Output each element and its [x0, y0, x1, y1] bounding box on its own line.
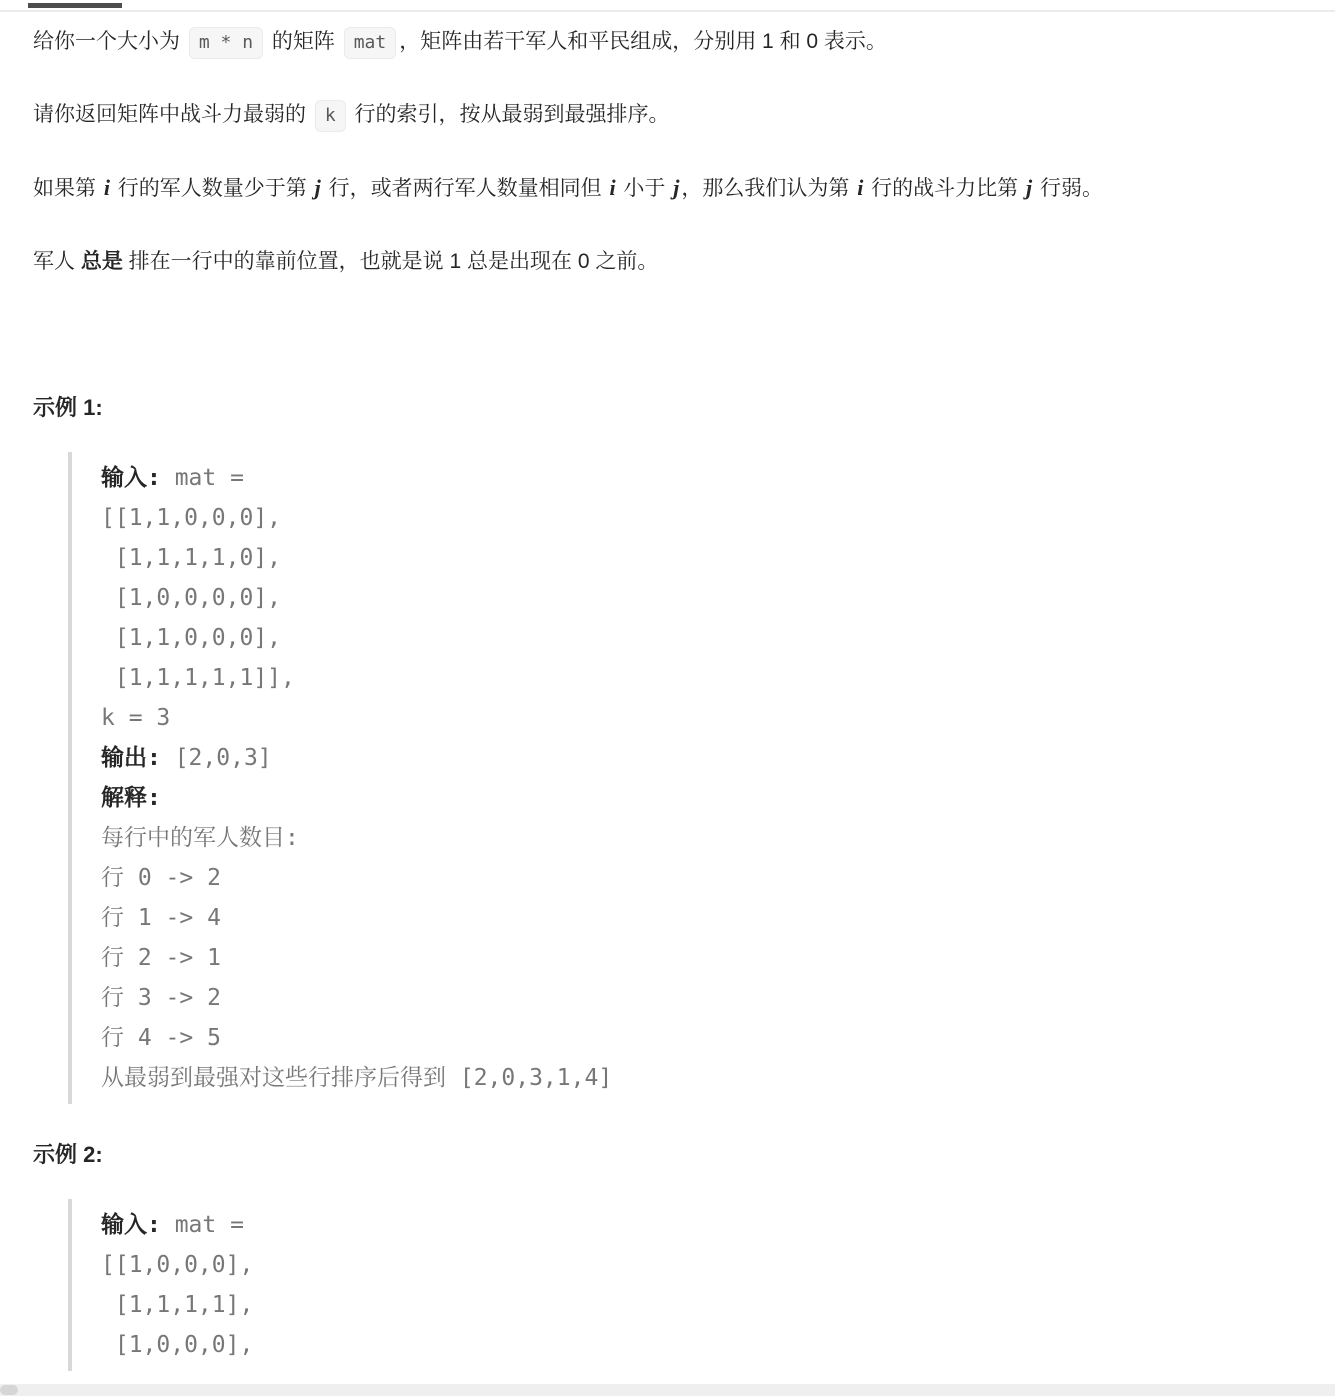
code-text: 行 1 -> 4: [101, 905, 221, 931]
code-text: [1,0,0,0],: [101, 1332, 267, 1358]
inline-code-chip: k: [315, 100, 346, 132]
text-run: ，那么我们认为第: [681, 177, 855, 200]
italic-variable: i: [102, 175, 112, 200]
code-text: mat =: [161, 1212, 258, 1238]
code-text: [[1,1,0,0,0],: [101, 505, 295, 531]
tab-bar: [0, 0, 1335, 12]
code-text: 从最弱到最强对这些行排序后得到 [2,0,3,1,4]: [101, 1065, 612, 1091]
paragraph: 如果第 i 行的军人数量少于第 j 行，或者两行军人数量相同但 i 小于 j，那…: [33, 166, 1273, 211]
io-label: 输出:: [101, 745, 161, 771]
text-run: 军人: [33, 250, 81, 273]
text-run: 行的索引，按从最弱到最强排序。: [349, 103, 670, 126]
text-run: 小于: [618, 177, 672, 200]
paragraph: 请你返回矩阵中战斗力最弱的 k 行的索引，按从最弱到最强排序。: [33, 93, 1273, 137]
text-run: 行的战斗力比第: [865, 177, 1024, 200]
text-run: 排在一行中的靠前位置，也就是说 1 总是出现在 0 之前。: [123, 250, 659, 273]
code-text: [1,0,0,0,0],: [101, 585, 295, 611]
text-run: 行弱。: [1034, 177, 1103, 200]
text-run: 请你返回矩阵中战斗力最弱的: [33, 103, 312, 126]
text-run: 给你一个大小为: [33, 30, 186, 53]
code-text: mat =: [161, 465, 258, 491]
italic-variable: j: [671, 175, 681, 200]
inline-code-chip: mat: [344, 27, 397, 59]
paragraph: 军人 总是 排在一行中的靠前位置，也就是说 1 总是出现在 0 之前。: [33, 240, 1273, 284]
code-text: [1,1,0,0,0],: [101, 625, 295, 651]
example-heading: 示例 2:: [33, 1133, 1273, 1177]
bold-text: 总是: [81, 250, 123, 273]
text-run: 行的军人数量少于第: [112, 177, 313, 200]
horizontal-scrollbar[interactable]: [0, 1384, 1335, 1396]
code-text: [[1,0,0,0],: [101, 1252, 267, 1278]
code-text: k = 3: [101, 705, 170, 731]
example-code-block: 输入: mat = [[1,0,0,0], [1,1,1,1], [1,0,0,…: [68, 1199, 1273, 1371]
italic-variable: j: [1024, 175, 1034, 200]
italic-variable: j: [313, 175, 323, 200]
example-code-block: 输入: mat = [[1,1,0,0,0], [1,1,1,1,0], [1,…: [68, 452, 1273, 1104]
code-text: 行 2 -> 1: [101, 945, 221, 971]
code-text: 行 4 -> 5: [101, 1025, 221, 1051]
io-label: 解释:: [101, 785, 161, 811]
example-heading: 示例 1:: [33, 386, 1273, 430]
text-run: ，矩阵由若干军人和平民组成，分别用 1 和 0 表示。: [399, 30, 887, 53]
code-text: 行 0 -> 2: [101, 865, 221, 891]
text-run: 行，或者两行军人数量相同但: [323, 177, 608, 200]
problem-description: 给你一个大小为 m * n 的矩阵 mat，矩阵由若干军人和平民组成，分别用 1…: [0, 12, 1335, 1371]
code-text: [1,1,1,1,1]],: [101, 665, 309, 691]
code-text: 行 3 -> 2: [101, 985, 221, 1011]
io-label: 输入:: [101, 465, 161, 491]
active-tab-indicator[interactable]: [28, 3, 122, 8]
description-paragraphs: 给你一个大小为 m * n 的矩阵 mat，矩阵由若干军人和平民组成，分别用 1…: [33, 20, 1273, 284]
italic-variable: i: [855, 175, 865, 200]
code-text: [1,1,1,1,0],: [101, 545, 295, 571]
paragraph: 给你一个大小为 m * n 的矩阵 mat，矩阵由若干军人和平民组成，分别用 1…: [33, 20, 1273, 64]
text-run: 如果第: [33, 177, 102, 200]
inline-code-chip: m * n: [189, 27, 263, 59]
io-label: 输入:: [101, 1212, 161, 1238]
text-run: 的矩阵: [266, 30, 341, 53]
code-text: [2,0,3]: [161, 745, 272, 771]
code-text: 每行中的军人数目:: [101, 825, 299, 851]
horizontal-scrollbar-thumb[interactable]: [0, 1385, 18, 1395]
example-sections: 示例 1:输入: mat = [[1,1,0,0,0], [1,1,1,1,0]…: [33, 386, 1273, 1371]
code-text: [1,1,1,1],: [101, 1292, 267, 1318]
italic-variable: i: [607, 175, 617, 200]
